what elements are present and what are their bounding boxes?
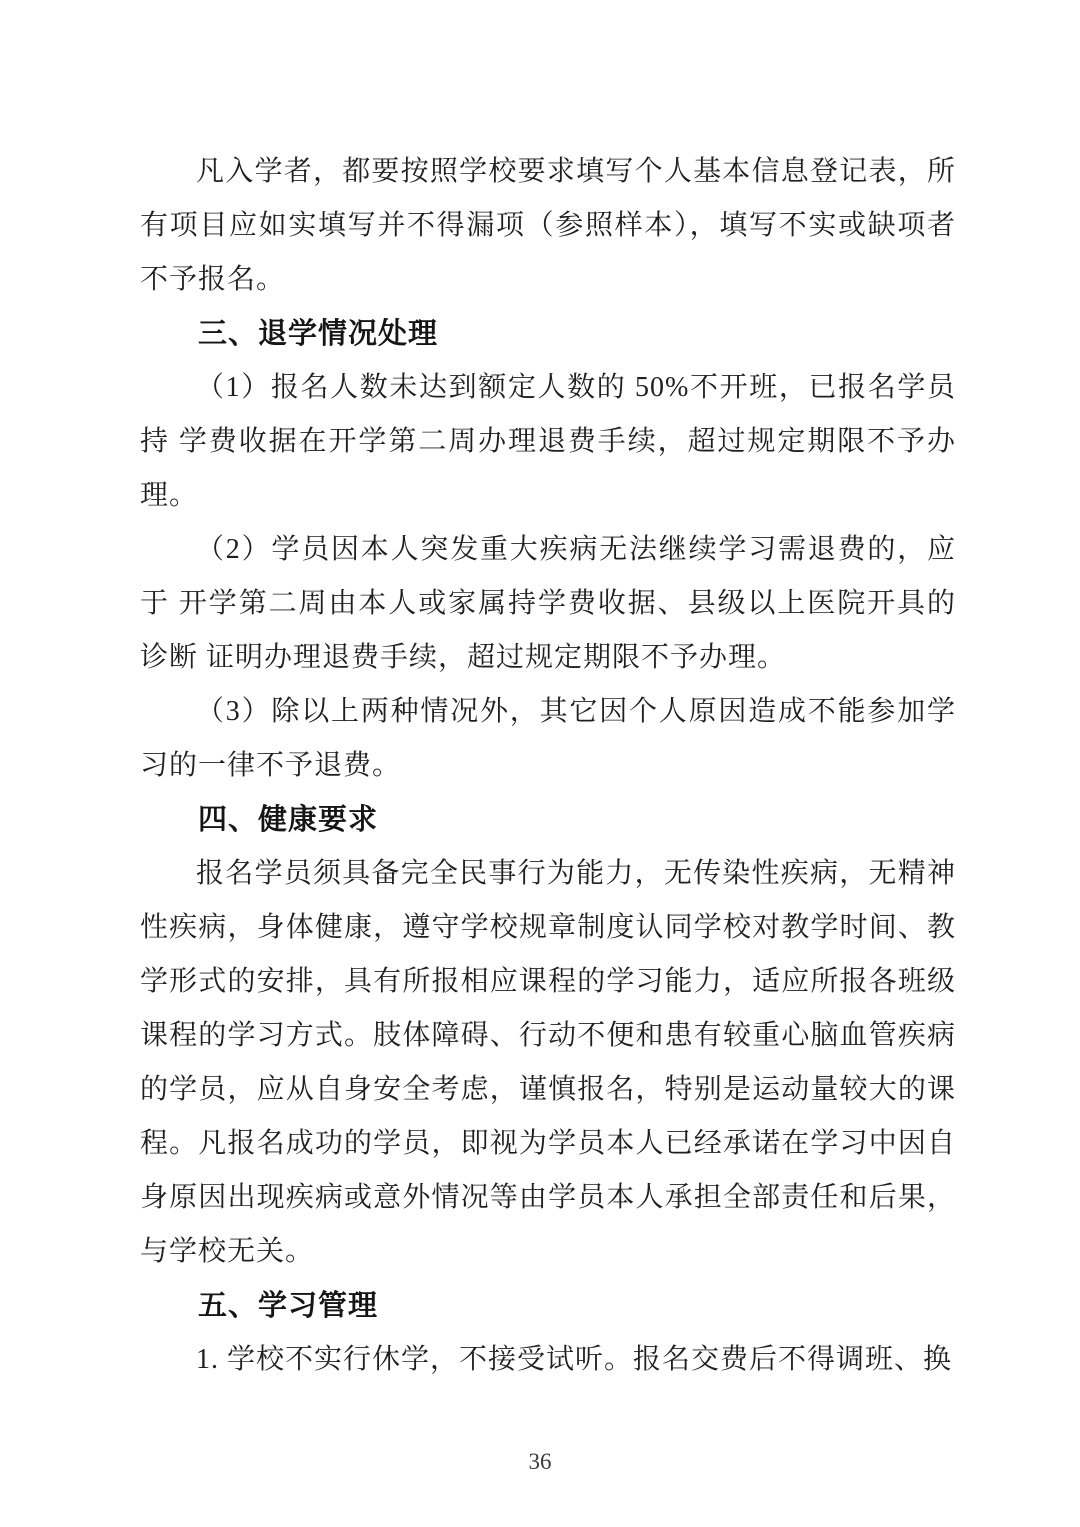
section-heading: 四、健康要求	[140, 793, 956, 847]
body-paragraph: 凡入学者，都要按照学校要求填写个人基本信息登记表，所有项目应如实填写并不得漏项（…	[140, 145, 956, 307]
section-heading: 五、学习管理	[140, 1279, 956, 1333]
document-page: 凡入学者，都要按照学校要求填写个人基本信息登记表，所有项目应如实填写并不得漏项（…	[0, 0, 1080, 1527]
body-paragraph: 1. 学校不实行休学，不接受试听。报名交费后不得调班、换	[140, 1333, 956, 1387]
page-number: 36	[0, 1447, 1080, 1477]
body-paragraph: （3）除以上两种情况外，其它因个人原因造成不能参加学习的一律不予退费。	[140, 685, 956, 793]
body-paragraph: （1）报名人数未达到额定人数的 50%不开班，已报名学员持 学费收据在开学第二周…	[140, 361, 956, 523]
section-heading: 三、退学情况处理	[140, 307, 956, 361]
body-paragraph: （2）学员因本人突发重大疾病无法继续学习需退费的，应于 开学第二周由本人或家属持…	[140, 523, 956, 685]
body-paragraph: 报名学员须具备完全民事行为能力，无传染性疾病，无精神性疾病，身体健康，遵守学校规…	[140, 847, 956, 1279]
document-content: 凡入学者，都要按照学校要求填写个人基本信息登记表，所有项目应如实填写并不得漏项（…	[140, 145, 956, 1387]
